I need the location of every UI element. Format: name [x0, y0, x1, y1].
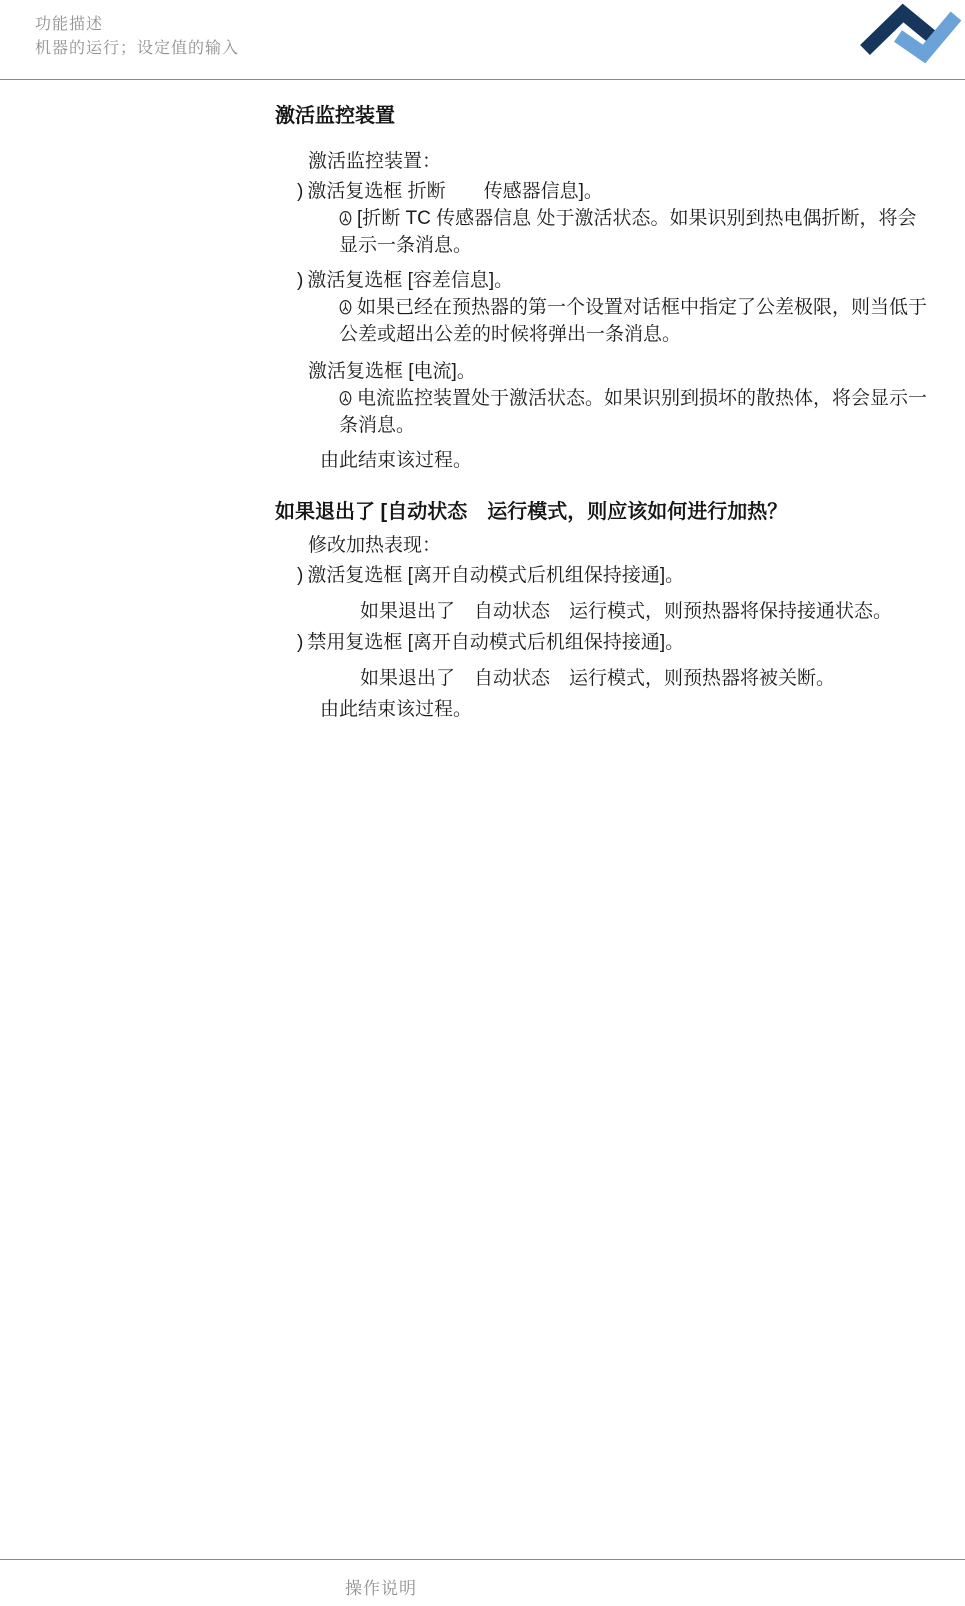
step-line-noprefix: 激活复选框 [电流]。	[275, 359, 935, 385]
step-line: )激活复选框 [离开自动模式后机组保持接通]。	[275, 563, 935, 589]
result-line: 电流监控装置处于激活状态。如果识别到损坏的散热体，将会显示一条消息。	[275, 386, 935, 438]
process-end-line: 由此结束该过程。	[275, 697, 935, 722]
footer-doc-type-label: 操作说明	[345, 1579, 417, 1598]
section1-intro: 激活监控装置：	[275, 149, 935, 175]
step-text: 激活复选框 折断 传感器信息]。	[307, 181, 603, 202]
brand-logo	[834, 2, 962, 66]
result-text: 如果已经在预热器的第一个设置对话框中指定了公差极限，则当低于公差或超出公差的时候…	[339, 297, 927, 345]
result-line: 如果已经在预热器的第一个设置对话框中指定了公差极限，则当低于公差或超出公差的时候…	[275, 295, 935, 347]
result-text: 电流监控装置处于激活状态。如果识别到损坏的散热体，将会显示一条消息。	[339, 388, 927, 436]
note-line: 如果退出了 自动状态 运行模式，则预热器将保持接通状态。	[275, 599, 935, 624]
page-footer: 操作说明	[0, 1559, 965, 1599]
header-title-line2: 机器的运行；设定值的输入	[35, 37, 930, 61]
step-text: 禁用复选框 [离开自动模式后机组保持接通]。	[307, 632, 684, 653]
section2-heading: 如果退出了 [自动状态 运行模式，则应该如何进行加热？	[275, 499, 935, 525]
result-text: [折断 TC 传感器信息 处于激活状态。如果识别到热电偶折断，将会显示一条消息。	[339, 208, 916, 256]
page-content: 激活监控装置 激活监控装置： )激活复选框 折断 传感器信息]。 [折断 TC …	[0, 81, 965, 722]
header-title-line1: 功能描述	[35, 13, 930, 37]
result-line: [折断 TC 传感器信息 处于激活状态。如果识别到热电偶折断，将会显示一条消息。	[275, 206, 935, 258]
step-line: )禁用复选框 [离开自动模式后机组保持接通]。	[275, 630, 935, 656]
step-prefix-mark: )	[297, 632, 303, 653]
section1-heading: 激活监控装置	[275, 103, 935, 129]
step-prefix-mark: )	[297, 270, 303, 291]
step-line: )激活复选框 [容差信息]。	[275, 268, 935, 294]
manual-page: 功能描述 机器的运行；设定值的输入 激活监控装置 激活监控装置： )激活复选框 …	[0, 0, 965, 1606]
result-icon	[339, 297, 352, 322]
process-end-line: 由此结束该过程。	[275, 448, 935, 473]
note-line: 如果退出了 自动状态 运行模式，则预热器将被关断。	[275, 666, 935, 691]
result-icon	[339, 388, 352, 413]
step-text: 激活复选框 [离开自动模式后机组保持接通]。	[307, 565, 684, 586]
section2-intro: 修改加热表现：	[275, 533, 935, 559]
double-chevron-logo-icon	[834, 2, 962, 66]
page-header: 功能描述 机器的运行；设定值的输入	[0, 0, 965, 80]
step-prefix-mark: )	[297, 181, 303, 202]
result-icon	[339, 208, 352, 233]
step-text: 激活复选框 [容差信息]。	[307, 270, 513, 291]
step-line: )激活复选框 折断 传感器信息]。	[275, 179, 935, 205]
step-prefix-mark: )	[297, 565, 303, 586]
